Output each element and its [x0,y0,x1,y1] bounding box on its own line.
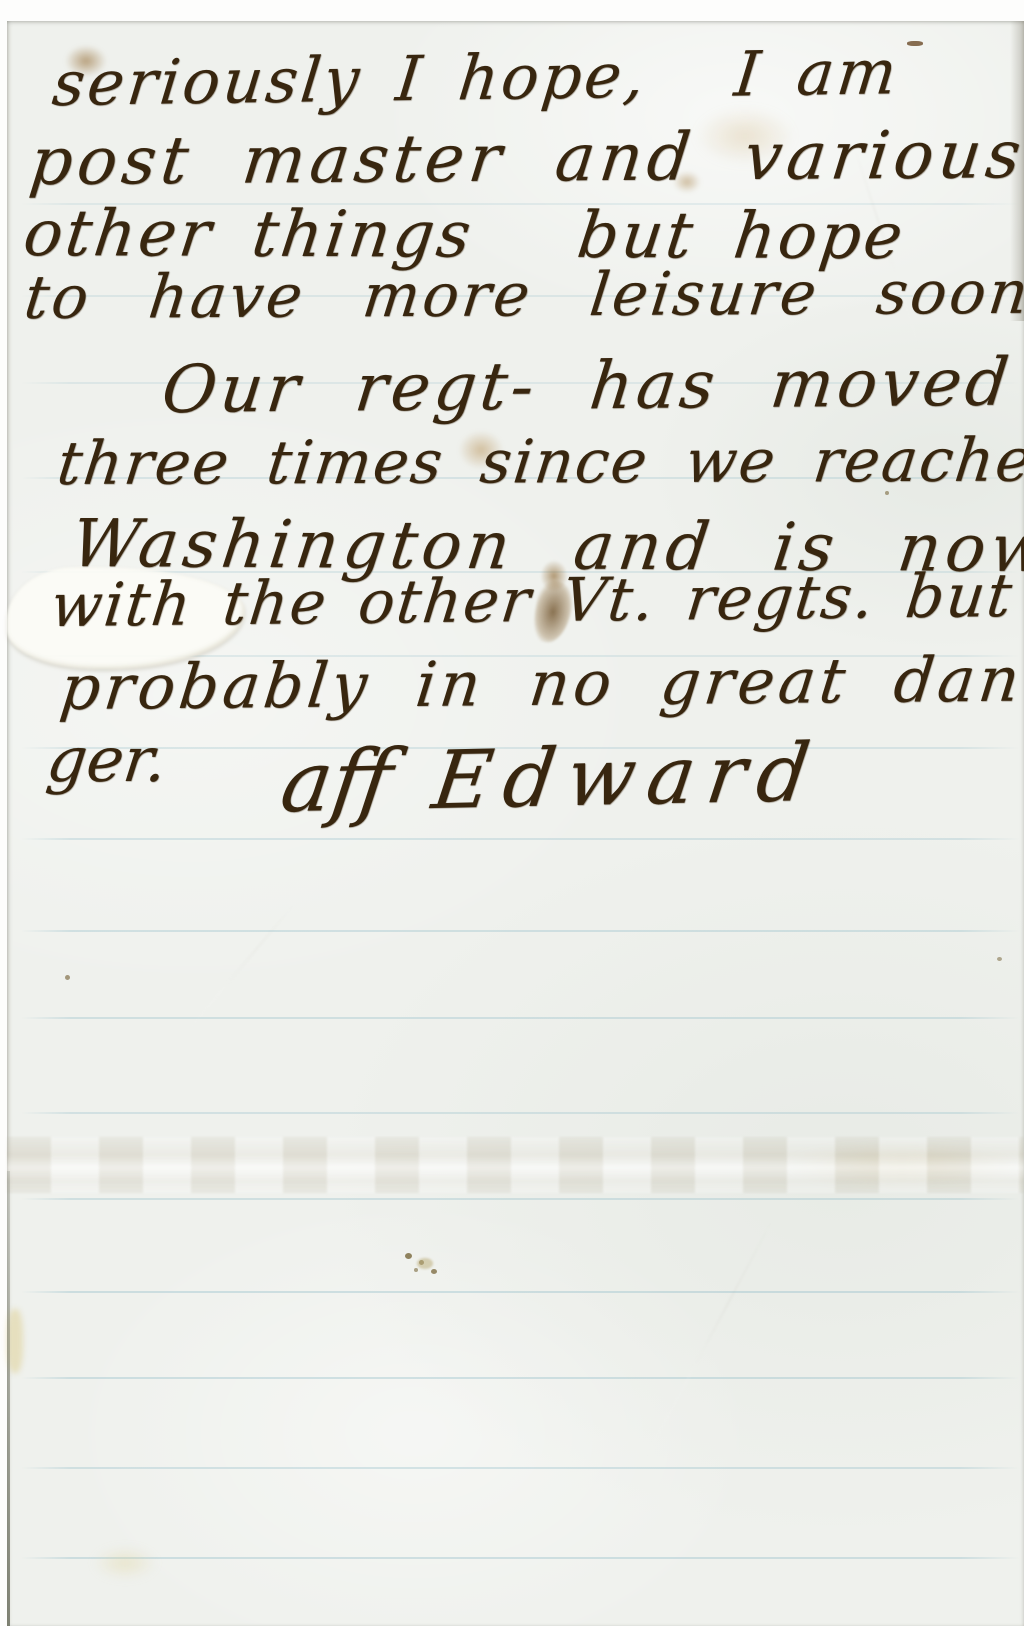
ruled-line [21,1557,1020,1559]
handwriting-text: post master and various [26,116,1024,200]
handwriting-text: I am [731,35,903,110]
handwriting-text: seriously I hope, [49,39,651,120]
speck [997,957,1002,961]
speck [414,1268,418,1272]
wrinkle-crease [641,1217,774,1465]
handwriting-line: probably in no great dan= [57,642,1024,724]
scan-background: seriously I hope,I am post master and va… [0,0,1024,1626]
ruled-line [21,1467,1020,1469]
speck [431,1269,437,1274]
ruled-line [21,1291,1020,1293]
handwriting-text: with the other Vt. regts. but [47,561,1017,641]
valediction-text: aff [276,731,399,832]
handwriting-text: ger. [43,723,171,796]
speck [65,975,70,980]
paper-edge-shadow [7,1171,10,1626]
signature-text: Edward [427,726,827,827]
handwriting-line: three times since we reached [54,425,1024,499]
handwriting-text: probably in no great dan= [57,642,1024,724]
handwriting-line: post master and various [26,116,1024,200]
speck [417,1258,433,1269]
ruled-line [21,1112,1020,1114]
handwriting-line: with the other Vt. regts. but [47,561,1017,641]
ruled-line [21,838,1020,840]
speck [405,1253,412,1259]
speck [907,41,923,46]
handwriting-line: to have more leisure soon [21,258,1024,333]
letter-page: seriously I hope,I am post master and va… [7,21,1024,1626]
wrinkle-crease [179,901,296,1040]
handwriting-line: Our regt- has moved [158,344,1016,428]
handwriting-text: to have more leisure soon [21,258,1024,333]
ruled-line [21,1198,1020,1200]
ruled-line [21,1377,1020,1379]
ruled-line [21,930,1020,932]
handwriting-text: three times since we reached [54,425,1024,499]
fold-crease [7,1137,1024,1193]
ruled-line [21,1017,1020,1019]
paper-stain [93,1547,157,1579]
handwriting-line: ger. [43,723,171,796]
speck [419,1260,424,1265]
signature-line: affEdward [276,722,828,832]
handwriting-line: seriously I hope,I am [49,35,903,120]
handwriting-text: Our regt- has moved [158,344,1016,428]
